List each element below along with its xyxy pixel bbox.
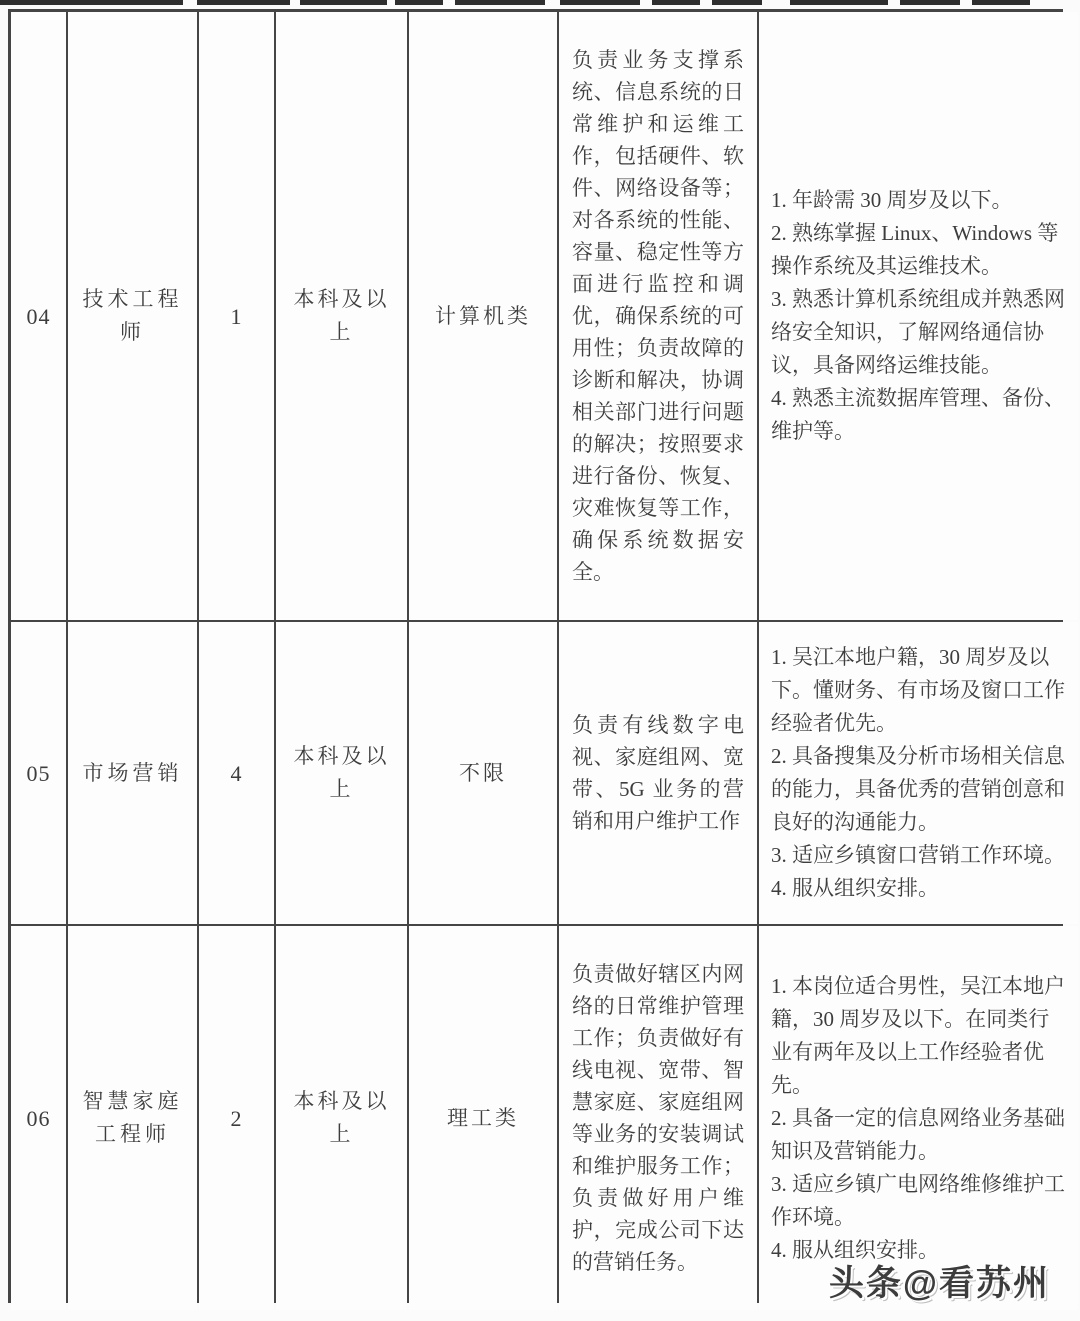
- cropped-row-remnant: [395, 0, 443, 5]
- table-cell-education: 本科及以上: [276, 926, 407, 1310]
- requirement-item: 4. 服从组织安排。: [771, 872, 1066, 905]
- requirement-item: 1. 本岗位适合男性，吴江本地户籍，30 周岁及以下。在同类行业有两年及以上工作…: [771, 970, 1066, 1102]
- cropped-row-remnant: [455, 0, 545, 5]
- table-cell-headcount: 4: [199, 622, 274, 924]
- table-cell-education: 本科及以上: [276, 622, 407, 924]
- requirement-item: 1. 吴江本地户籍，30 周岁及以下。懂财务、有市场及窗口工作经验者优先。: [771, 641, 1066, 740]
- duties-text: 负责业务支撑系统、信息系统的日常维护和运维工作，包括硬件、软件、网络设备等；对各…: [572, 44, 744, 588]
- table-cell-position: 智慧家庭工程师: [68, 926, 197, 1310]
- requirement-item: 3. 适应乡镇窗口营销工作环境。: [771, 839, 1066, 872]
- cropped-row-remnant: [560, 0, 640, 5]
- table-cell-major: 理工类: [409, 926, 557, 1310]
- table-cell-position: 技术工程师: [68, 12, 197, 620]
- cropped-row-remnant: [652, 0, 700, 5]
- toutiao-watermark: 头条@看苏州: [829, 1256, 1050, 1306]
- table-cell-row-number: 04: [11, 12, 66, 620]
- table-cell-requirements: 1. 年龄需 30 周岁及以下。 2. 熟练掌握 Linux、Windows 等…: [759, 12, 1078, 620]
- requirement-item: 3. 熟悉计算机系统组成并熟悉网络安全知识，了解网络通信协议，具备网络运维技能。: [771, 283, 1066, 382]
- requirement-item: 3. 适应乡镇广电网络维修维护工作环境。: [771, 1168, 1066, 1234]
- cropped-row-remnant: [197, 0, 290, 5]
- table-cell-row-number: 06: [11, 926, 66, 1310]
- cropped-row-remnant: [300, 0, 387, 5]
- cropped-row-remnant: [790, 0, 888, 5]
- table-cell-requirements: 1. 吴江本地户籍，30 周岁及以下。懂财务、有市场及窗口工作经验者优先。 2.…: [759, 622, 1078, 924]
- duties-text: 负责做好辖区内网络的日常维护管理工作；负责做好有线电视、宽带、智慧家庭、家庭组网…: [572, 958, 744, 1278]
- cropped-row-remnant: [712, 0, 762, 5]
- table-cell-duties: 负责有线数字电视、家庭组网、宽带、5G 业务的营销和用户维护工作: [559, 622, 757, 924]
- table-cell-major: 计算机类: [409, 12, 557, 620]
- cropped-row-remnant: [972, 0, 1030, 5]
- requirement-item: 2. 具备一定的信息网络业务基础知识及营销能力。: [771, 1102, 1066, 1168]
- cropped-row-remnant: [0, 0, 183, 5]
- requirement-item: 1. 年龄需 30 周岁及以下。: [771, 184, 1066, 217]
- table-cell-row-number: 05: [11, 622, 66, 924]
- requirement-item: 2. 具备搜集及分析市场相关信息的能力，具备优秀的营销创意和良好的沟通能力。: [771, 740, 1066, 839]
- table-cell-major: 不限: [409, 622, 557, 924]
- cropped-row-remnant: [900, 0, 960, 5]
- table-cell-requirements: 1. 本岗位适合男性，吴江本地户籍，30 周岁及以下。在同类行业有两年及以上工作…: [759, 926, 1078, 1310]
- duties-text: 负责有线数字电视、家庭组网、宽带、5G 业务的营销和用户维护工作: [572, 709, 744, 837]
- requirement-item: 2. 熟练掌握 Linux、Windows 等操作系统及其运维技术。: [771, 217, 1066, 283]
- table-cell-position: 市场营销: [68, 622, 197, 924]
- table-cell-duties: 负责业务支撑系统、信息系统的日常维护和运维工作，包括硬件、软件、网络设备等；对各…: [559, 12, 757, 620]
- table-cell-education: 本科及以上: [276, 12, 407, 620]
- table-cell-duties: 负责做好辖区内网络的日常维护管理工作；负责做好有线电视、宽带、智慧家庭、家庭组网…: [559, 926, 757, 1310]
- table-cell-headcount: 2: [199, 926, 274, 1310]
- requirement-item: 4. 熟悉主流数据库管理、备份、维护等。: [771, 382, 1066, 448]
- recruitment-table: 04 技术工程师 1 本科及以上 计算机类 负责业务支撑系统、信息系统的日常维护…: [8, 9, 1063, 1303]
- table-cell-headcount: 1: [199, 12, 274, 620]
